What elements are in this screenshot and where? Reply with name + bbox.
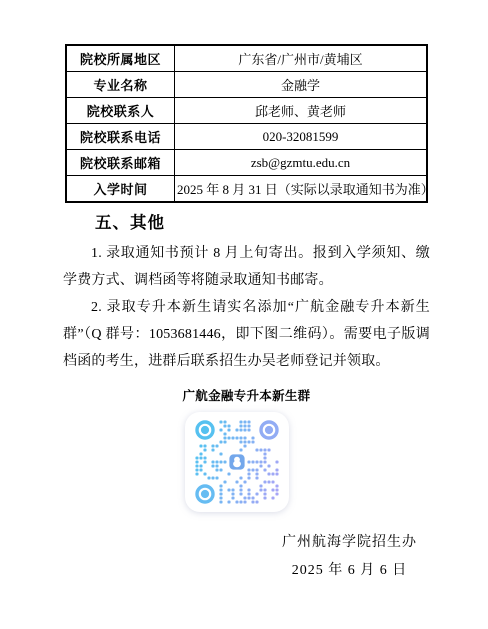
paragraph: 2. 录取专升本新生请实名添加“广航金融专升本新生群”（Q 群号：1053681… — [63, 294, 430, 375]
body-paragraphs: 1. 录取通知书预计 8 月上旬寄出。报到入学须知、缴学费方式、调档函等将随录取… — [63, 240, 430, 375]
qr-caption: 广航金融专升本新生群 — [63, 386, 430, 404]
row-label: 专业名称 — [66, 72, 175, 98]
document-page: 院校所属地区广东省/广州市/黄埔区专业名称金融学院校联系人邱老师、黄老师院校联系… — [0, 0, 488, 629]
table-row: 专业名称金融学 — [66, 72, 427, 98]
signature-block: 广州航海学院招生办 2025 年 6 月 6 日 — [63, 529, 430, 585]
qq-group-qr-code — [185, 412, 289, 512]
table-row: 院校联系邮箱zsb@gzmtu.edu.cn — [66, 150, 427, 176]
row-label: 院校所属地区 — [66, 45, 175, 72]
row-value: 金融学 — [175, 72, 428, 98]
row-value: 020-32081599 — [175, 124, 428, 150]
row-label: 院校联系电话 — [66, 124, 175, 150]
signature-name: 广州航海学院招生办 — [282, 529, 417, 557]
info-table: 院校所属地区广东省/广州市/黄埔区专业名称金融学院校联系人邱老师、黄老师院校联系… — [65, 44, 428, 203]
row-label: 入学时间 — [66, 176, 175, 203]
signature-inner: 广州航海学院招生办 2025 年 6 月 6 日 — [282, 529, 417, 585]
row-value: zsb@gzmtu.edu.cn — [175, 150, 428, 176]
signature-date: 2025 年 6 月 6 日 — [282, 557, 417, 585]
info-table-body: 院校所属地区广东省/广州市/黄埔区专业名称金融学院校联系人邱老师、黄老师院校联系… — [66, 45, 427, 202]
section-heading: 五、其他 — [95, 210, 488, 236]
paragraph: 1. 录取通知书预计 8 月上旬寄出。报到入学须知、缴学费方式、调档函等将随录取… — [63, 240, 430, 294]
row-label: 院校联系邮箱 — [66, 150, 175, 176]
table-row: 院校联系人邱老师、黄老师 — [66, 98, 427, 124]
table-row: 入学时间2025 年 8 月 31 日（实际以录取通知书为准） — [66, 176, 427, 203]
row-value: 广东省/广州市/黄埔区 — [175, 45, 428, 72]
row-value: 邱老师、黄老师 — [175, 98, 428, 124]
row-label: 院校联系人 — [66, 98, 175, 124]
table-row: 院校联系电话020-32081599 — [66, 124, 427, 150]
table-row: 院校所属地区广东省/广州市/黄埔区 — [66, 45, 427, 72]
row-value: 2025 年 8 月 31 日（实际以录取通知书为准） — [175, 176, 428, 203]
qr-code-graphic — [195, 420, 279, 504]
